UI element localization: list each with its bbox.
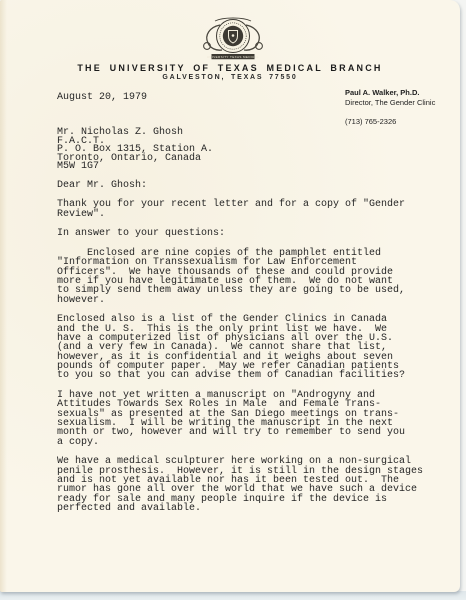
letter-date: August 20, 1979	[57, 93, 147, 102]
letter-page: UNIVERSITY TEXAS MEDICAL THE UNIVERSITY …	[0, 0, 460, 592]
seal-banner-text: UNIVERSITY TEXAS MEDICAL	[207, 55, 259, 59]
letter-paragraph-1: Thank you for your recent letter and for…	[57, 200, 429, 219]
contact-name: Paul A. Walker, Ph.D.	[345, 88, 455, 98]
contact-phone: (713) 765-2326	[345, 117, 455, 127]
letter-body: Dear Mr. Ghosh: Thank you for your recen…	[57, 181, 429, 524]
recipient-address: Mr. Nicholas Z. Ghosh F.A.C.T. P. O. Box…	[57, 129, 213, 172]
scanner-background-strip	[0, 591, 466, 600]
salutation: Dear Mr. Ghosh:	[57, 181, 429, 190]
scanned-letter: UNIVERSITY TEXAS MEDICAL THE UNIVERSITY …	[0, 0, 466, 600]
institution-name: THE UNIVERSITY OF TEXAS MEDICAL BRANCH	[0, 63, 460, 73]
letter-paragraph-2: In answer to your questions:	[57, 229, 429, 238]
letter-paragraph-6: We have a medical sculpturer here workin…	[57, 457, 429, 513]
letter-paragraph-3: Enclosed are nine copies of the pamphlet…	[57, 249, 429, 305]
utmb-seal-icon: UNIVERSITY TEXAS MEDICAL	[195, 12, 271, 62]
contact-block: Paul A. Walker, Ph.D. Director, The Gend…	[345, 88, 455, 127]
letter-paragraph-5: I have not yet written a manuscript on "…	[57, 391, 429, 447]
institution-location: GALVESTON, TEXAS 77550	[0, 74, 460, 81]
contact-title: Director, The Gender Clinic	[345, 98, 455, 108]
letter-paragraph-4: Enclosed also is a list of the Gender Cl…	[57, 315, 429, 380]
